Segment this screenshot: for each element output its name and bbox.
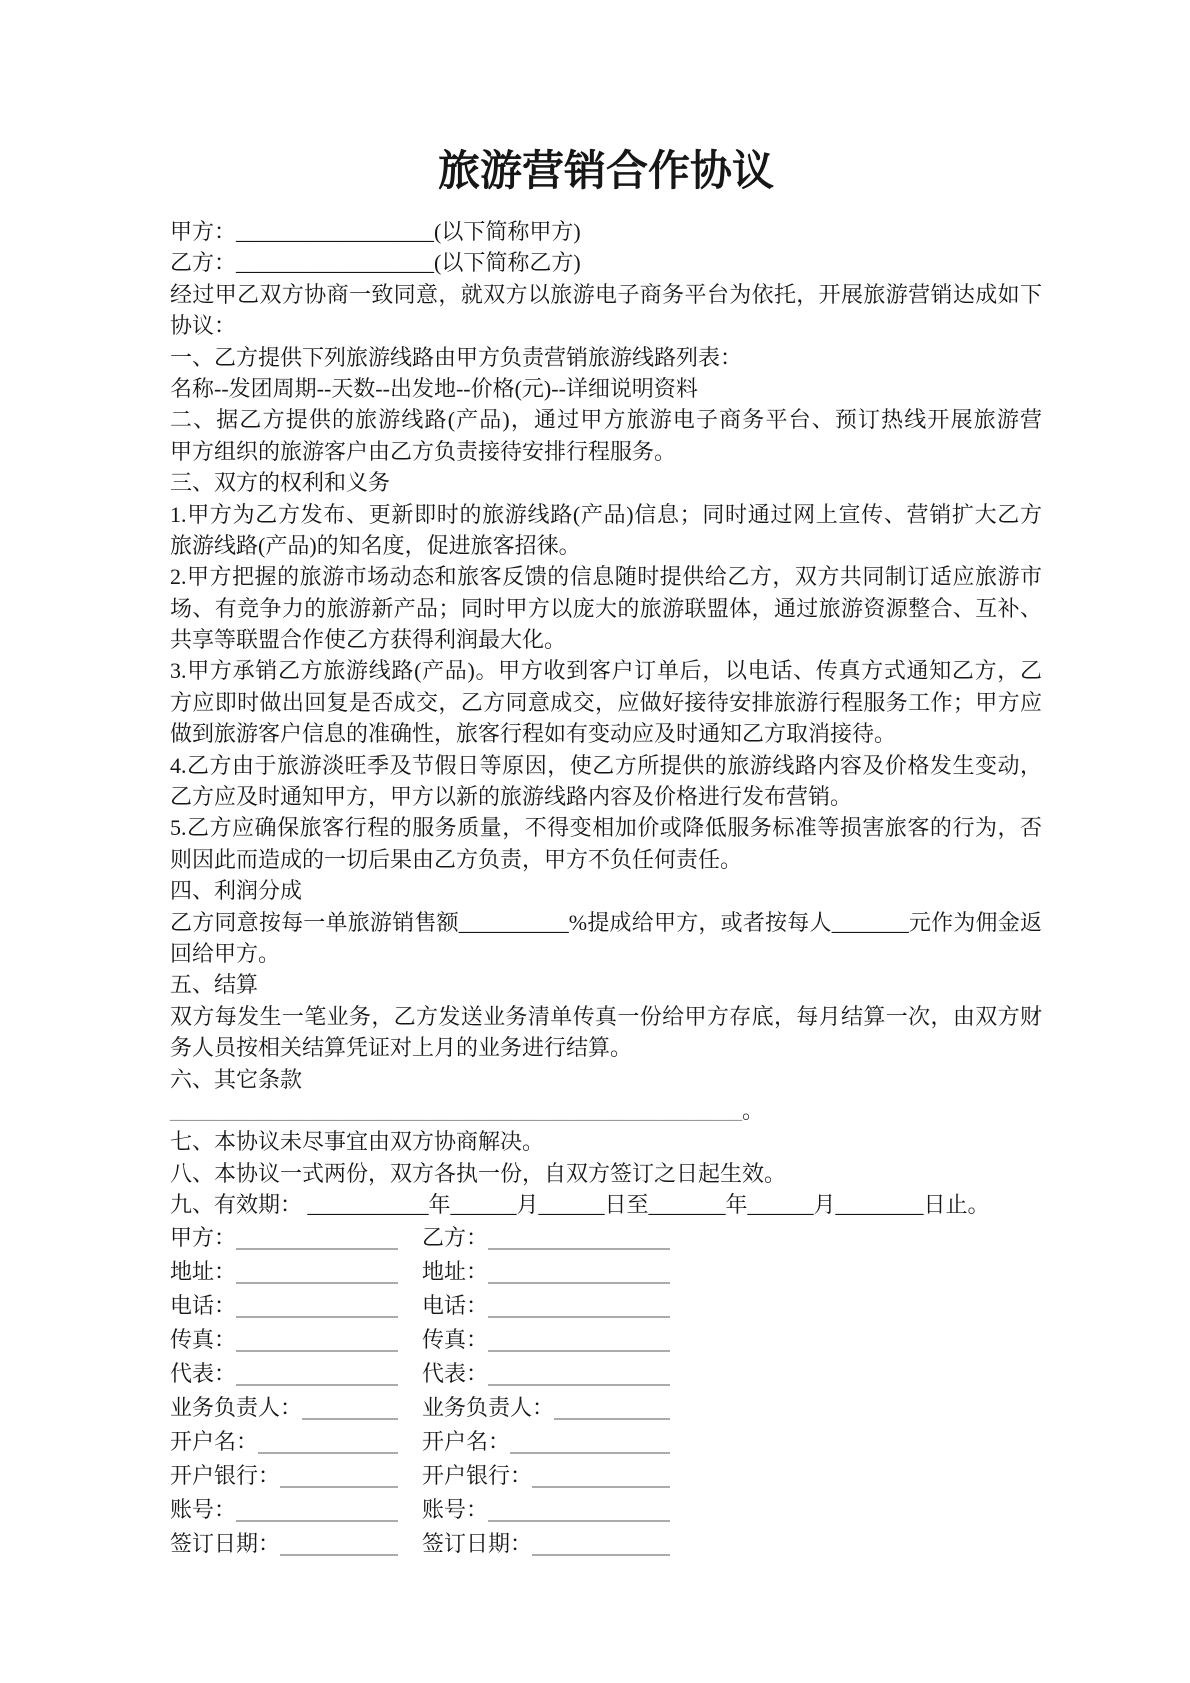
body-line: 4.乙方由于旅游淡旺季及节假日等原因，使乙方所提供的旅游线路内容及价格发生变动，: [170, 750, 1042, 781]
signature-cell-party-a: 业务负责人：: [170, 1391, 422, 1425]
body-line-text: 乙方：__________________(以下简称乙方): [170, 250, 581, 275]
body-line: 方应即时做出回复是否成交，乙方同意成交，应做好接待安排旅游行程服务工作；甲方应: [170, 687, 1042, 718]
signature-cell-party-a: 账号：: [170, 1493, 422, 1527]
body-line-text: 做到旅游客户信息的准确性，旅客行程如有变动应及时通知乙方取消接待。: [170, 721, 896, 746]
body-line: 做到旅游客户信息的准确性，旅客行程如有变动应及时通知乙方取消接待。: [170, 718, 1042, 749]
body-line-suffix: 。: [742, 1098, 764, 1123]
signature-block: 甲方： 乙方： 地址： 地址： 电话： 电话： 传真：: [170, 1221, 1042, 1561]
body-line-text: 共享等联盟合作使乙方获得利润最大化。: [170, 627, 566, 652]
body-line: 三、双方的权利和义务: [170, 467, 1042, 498]
body-line: 乙方应及时通知甲方，甲方以新的旅游线路内容及价格进行发布营销。: [170, 781, 1042, 812]
signature-row: 账号： 账号：: [170, 1493, 1042, 1527]
body-line-text: 二、据乙方提供的旅游线路(产品)，通过甲方旅游电子商务平台、预订热线开展旅游营销…: [170, 407, 1042, 435]
body-line-text: 方应即时做出回复是否成交，乙方同意成交，应做好接待安排旅游行程服务工作；甲方应: [170, 690, 1042, 715]
body-line-text: 名称--发团周期--天数--出发地--价格(元)--详细说明资料: [170, 376, 698, 401]
body-line: 名称--发团周期--天数--出发地--价格(元)--详细说明资料: [170, 373, 1042, 404]
body-line-text: 4.乙方由于旅游淡旺季及节假日等原因，使乙方所提供的旅游线路内容及价格发生变动，: [170, 753, 1042, 778]
signature-cell-party-a: 地址：: [170, 1255, 422, 1289]
signature-cell-party-a: 甲方：: [170, 1221, 422, 1255]
body-line-text: 八、本协议一式两份，双方各执一份，自双方签订之日起生效。: [170, 1161, 786, 1186]
signature-label: 业务负责人：: [170, 1391, 302, 1425]
signature-blank-line: [302, 1391, 398, 1420]
signature-row: 代表： 代表：: [170, 1357, 1042, 1391]
signature-cell-party-a: 签订日期：: [170, 1527, 422, 1561]
signature-blank-line: [280, 1527, 398, 1556]
signature-blank-line: [258, 1425, 398, 1454]
body-line-text: 协议：: [170, 313, 236, 338]
signature-blank-line: [280, 1459, 398, 1488]
body-line-text: 甲方组织的旅游客户由乙方负责接待安排行程服务。: [170, 439, 676, 464]
signature-blank-line: [236, 1255, 398, 1284]
body-line-text: 2.甲方把握的旅游市场动态和旅客反馈的信息随时提供给乙方，双方共同制订适应旅游市: [170, 564, 1042, 589]
signature-row: 业务负责人： 业务负责人：: [170, 1391, 1042, 1425]
signature-blank-line: [488, 1221, 670, 1250]
signature-label: 传真：: [170, 1323, 236, 1357]
body-line: 3.甲方承销乙方旅游线路(产品)。甲方收到客户订单后，以电话、传真方式通知乙方，…: [170, 655, 1042, 686]
body-line-text: 乙方应及时通知甲方，甲方以新的旅游线路内容及价格进行发布营销。: [170, 784, 852, 809]
signature-blank-line: [488, 1493, 670, 1522]
body-line: 九、有效期： ___________年______月______日至______…: [170, 1189, 1042, 1220]
signature-cell-party-a: 传真：: [170, 1323, 422, 1357]
body-line: 务人员按相关结算凭证对上月的业务进行结算。: [170, 1032, 1042, 1063]
signature-blank-line: [236, 1357, 398, 1386]
body-line: 则因此而造成的一切后果由乙方负责，甲方不负任何责任。: [170, 844, 1042, 875]
signature-blank-line: [236, 1493, 398, 1522]
signature-cell-party-a: 开户银行：: [170, 1459, 422, 1493]
signature-blank-line: [236, 1289, 398, 1318]
body-line: 甲方组织的旅游客户由乙方负责接待安排行程服务。: [170, 436, 1042, 467]
body-line: 乙方：__________________(以下简称乙方): [170, 247, 1042, 278]
body-line: 八、本协议一式两份，双方各执一份，自双方签订之日起生效。: [170, 1158, 1042, 1189]
signature-label: 开户银行：: [170, 1459, 280, 1493]
signature-cell-party-b: 签订日期：: [422, 1527, 670, 1561]
signature-label: 电话：: [170, 1289, 236, 1323]
signature-label: 签订日期：: [170, 1527, 280, 1561]
signature-label: 代表：: [422, 1357, 488, 1391]
signature-blank-line: [554, 1391, 670, 1420]
body-line: 场、有竞争力的旅游新产品；同时甲方以庞大的旅游联盟体，通过旅游资源整合、互补、: [170, 593, 1042, 624]
body-line: 协议：: [170, 310, 1042, 341]
body-line-text: 六、其它条款: [170, 1067, 302, 1092]
body-line: 共享等联盟合作使乙方获得利润最大化。: [170, 624, 1042, 655]
signature-cell-party-a: 开户名：: [170, 1425, 422, 1459]
signature-label: 开户银行：: [422, 1459, 532, 1493]
body-line: 一、乙方提供下列旅游线路由甲方负责营销旅游线路列表：: [170, 342, 1042, 373]
document-content: 旅游营销合作协议 甲方：__________________(以下简称甲方) 乙…: [0, 0, 1190, 1561]
body-line-text: 回给甲方。: [170, 941, 280, 966]
body-line-text: 务人员按相关结算凭证对上月的业务进行结算。: [170, 1035, 632, 1060]
signature-label: 开户名：: [170, 1425, 258, 1459]
body-line: 七、本协议未尽事宜由双方协商解决。: [170, 1126, 1042, 1157]
signature-blank-line: [488, 1323, 670, 1352]
body-line-text: 经过甲乙双方协商一致同意，就双方以旅游电子商务平台为依托，开展旅游营销达成如下: [170, 282, 1042, 307]
body-line-text: 5.乙方应确保旅客行程的服务质量，不得变相加价或降低服务标准等损害旅客的行为，否: [170, 815, 1042, 840]
signature-blank-line: [532, 1459, 670, 1488]
signature-row: 甲方： 乙方：: [170, 1221, 1042, 1255]
body-line: ________________________________________…: [170, 1095, 1042, 1126]
body-line: 旅游线路(产品)的知名度，促进旅客招徕。: [170, 530, 1042, 561]
signature-row: 开户银行： 开户银行：: [170, 1459, 1042, 1493]
signature-row: 电话： 电话：: [170, 1289, 1042, 1323]
signature-cell-party-a: 电话：: [170, 1289, 422, 1323]
signature-label: 代表：: [170, 1357, 236, 1391]
signature-blank-line: [532, 1527, 670, 1556]
body-text: 甲方：__________________(以下简称甲方) 乙方：_______…: [170, 216, 1042, 1221]
signature-row: 传真： 传真：: [170, 1323, 1042, 1357]
signature-label: 地址：: [422, 1255, 488, 1289]
body-line-text: 场、有竞争力的旅游新产品；同时甲方以庞大的旅游联盟体，通过旅游资源整合、互补、: [170, 596, 1042, 621]
body-line-text: 甲方：__________________(以下简称甲方): [170, 219, 581, 244]
document-page: 旅游营销合作协议 甲方：__________________(以下简称甲方) 乙…: [0, 0, 1190, 1683]
signature-cell-party-b: 乙方：: [422, 1221, 670, 1255]
document-title: 旅游营销合作协议: [170, 146, 1042, 198]
body-line: 双方每发生一笔业务，乙方发送业务清单传真一份给甲方存底，每月结算一次，由双方财: [170, 1001, 1042, 1032]
signature-label: 甲方：: [170, 1221, 236, 1255]
signature-label: 签订日期：: [422, 1527, 532, 1561]
body-line-text: 旅游线路(产品)的知名度，促进旅客招徕。: [170, 533, 581, 558]
body-line-text: 七、本协议未尽事宜由双方协商解决。: [170, 1129, 544, 1154]
signature-cell-party-b: 开户银行：: [422, 1459, 670, 1493]
body-line: 2.甲方把握的旅游市场动态和旅客反馈的信息随时提供给乙方，双方共同制订适应旅游市: [170, 561, 1042, 592]
body-line: 5.乙方应确保旅客行程的服务质量，不得变相加价或降低服务标准等损害旅客的行为，否: [170, 812, 1042, 843]
body-line: 乙方同意按每一单旅游销售额__________%提成给甲方，或者按每人_____…: [170, 907, 1042, 938]
body-line: 经过甲乙双方协商一致同意，就双方以旅游电子商务平台为依托，开展旅游营销达成如下: [170, 279, 1042, 310]
signature-blank-line: [488, 1357, 670, 1386]
signature-row: 签订日期： 签订日期：: [170, 1527, 1042, 1561]
signature-cell-party-b: 开户名：: [422, 1425, 670, 1459]
body-line-text: 一、乙方提供下列旅游线路由甲方负责营销旅游线路列表：: [170, 345, 742, 370]
signature-blank-line: [236, 1323, 398, 1352]
body-line: 甲方：__________________(以下简称甲方): [170, 216, 1042, 247]
signature-cell-party-b: 账号：: [422, 1493, 670, 1527]
body-line: 六、其它条款: [170, 1064, 1042, 1095]
body-line-text: 五、结算: [170, 972, 258, 997]
signature-label: 地址：: [170, 1255, 236, 1289]
signature-label: 传真：: [422, 1323, 488, 1357]
body-line-text: 四、利润分成: [170, 878, 302, 903]
signature-blank-line: [488, 1289, 670, 1318]
body-line: 五、结算: [170, 969, 1042, 1000]
body-line-text: 3.甲方承销乙方旅游线路(产品)。甲方收到客户订单后，以电话、传真方式通知乙方，…: [170, 658, 1042, 683]
signature-blank-line: [236, 1221, 398, 1250]
body-line-text: 1.甲方为乙方发布、更新即时的旅游线路(产品)信息；同时通过网上宣传、营销扩大乙…: [170, 502, 1042, 527]
body-line: 二、据乙方提供的旅游线路(产品)，通过甲方旅游电子商务平台、预订热线开展旅游营销…: [170, 404, 1042, 435]
signature-blank-line: [488, 1255, 670, 1284]
body-line-text: 双方每发生一笔业务，乙方发送业务清单传真一份给甲方存底，每月结算一次，由双方财: [170, 1004, 1042, 1029]
body-line-text: ________________________________________…: [170, 1098, 742, 1123]
body-line-text: 九、有效期： ___________年______月______日至______…: [170, 1192, 990, 1217]
signature-blank-line: [510, 1425, 670, 1454]
signature-row: 开户名： 开户名：: [170, 1425, 1042, 1459]
signature-label: 业务负责人：: [422, 1391, 554, 1425]
body-line: 四、利润分成: [170, 875, 1042, 906]
signature-label: 电话：: [422, 1289, 488, 1323]
body-line: 回给甲方。: [170, 938, 1042, 969]
body-line-text: 则因此而造成的一切后果由乙方负责，甲方不负任何责任。: [170, 847, 742, 872]
signature-label: 账号：: [170, 1493, 236, 1527]
body-line-text: 三、双方的权利和义务: [170, 470, 390, 495]
signature-row: 地址： 地址：: [170, 1255, 1042, 1289]
signature-cell-party-b: 业务负责人：: [422, 1391, 670, 1425]
body-line: 1.甲方为乙方发布、更新即时的旅游线路(产品)信息；同时通过网上宣传、营销扩大乙…: [170, 499, 1042, 530]
signature-cell-party-b: 电话：: [422, 1289, 670, 1323]
body-line-text: 乙方同意按每一单旅游销售额__________%提成给甲方，或者按每人_____…: [170, 910, 1042, 935]
signature-cell-party-b: 地址：: [422, 1255, 670, 1289]
signature-label: 乙方：: [422, 1221, 488, 1255]
signature-cell-party-b: 代表：: [422, 1357, 670, 1391]
signature-label: 账号：: [422, 1493, 488, 1527]
signature-cell-party-a: 代表：: [170, 1357, 422, 1391]
signature-label: 开户名：: [422, 1425, 510, 1459]
signature-cell-party-b: 传真：: [422, 1323, 670, 1357]
